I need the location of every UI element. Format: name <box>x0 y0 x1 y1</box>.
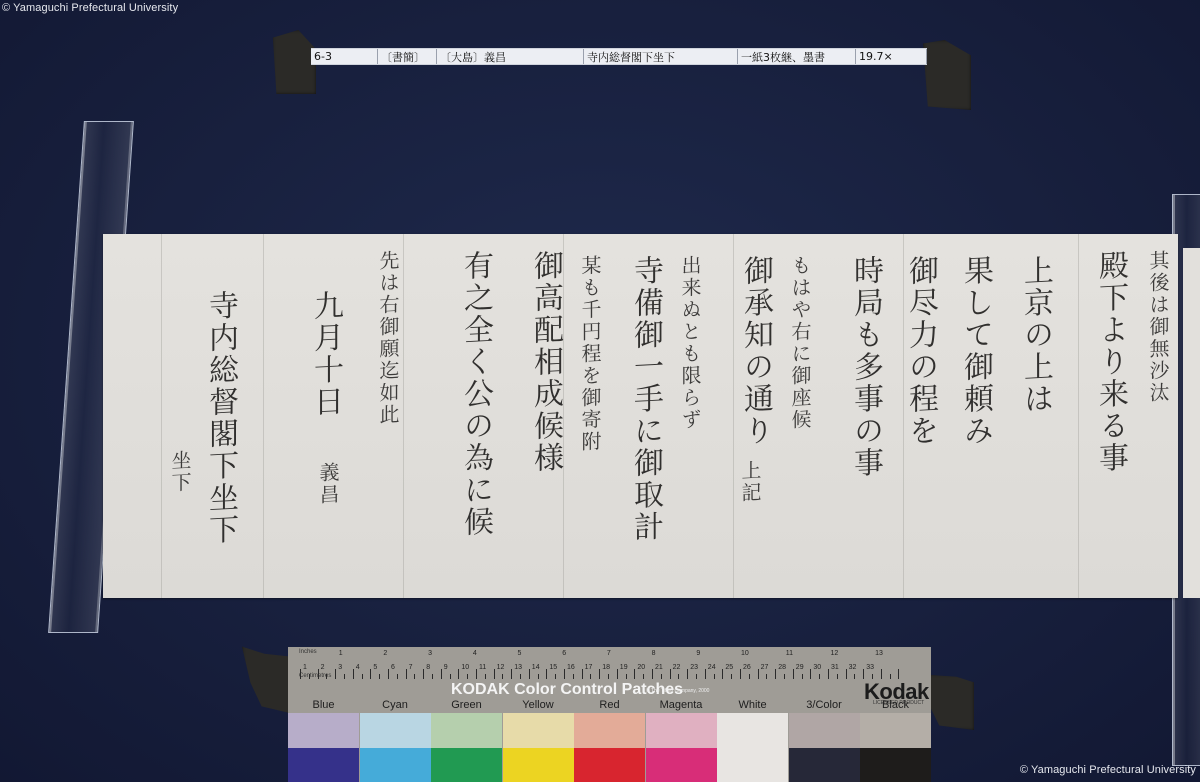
ruler-inch-number: 10 <box>741 650 749 657</box>
ruler-cm-number: 10 <box>461 664 469 671</box>
ruler-cm-number: 30 <box>813 664 821 671</box>
ruler-cm-number: 25 <box>725 664 733 671</box>
ruler-inch-number: 13 <box>875 650 883 657</box>
ruler-cm-number: 16 <box>567 664 575 671</box>
calligraphy-column: 上記 <box>740 459 760 504</box>
ruler-tick <box>511 669 512 679</box>
ruler-tick <box>837 674 838 679</box>
ruler-cm-number: 19 <box>620 664 628 671</box>
calligraphy-column: 坐下 <box>170 449 190 494</box>
ruler-tick <box>441 669 442 679</box>
color-patch-red-bottom <box>574 748 645 782</box>
ruler-tick <box>582 669 583 679</box>
ruler-tick <box>828 669 829 679</box>
ruler-tick <box>309 674 310 679</box>
kodak-color-chart: Inches Centimetres 123456789101112131415… <box>288 647 931 782</box>
calligraphy-column: 御承知の通り <box>740 254 770 448</box>
ruler-tick <box>370 669 371 679</box>
ruler-tick <box>520 674 521 679</box>
ruler-tick <box>335 669 336 679</box>
measuring-ruler: Inches Centimetres 123456789101112131415… <box>288 647 931 679</box>
ruler-tick <box>538 674 539 679</box>
ruler-inch-number: 12 <box>830 650 838 657</box>
catalog-label-cell: 〔書簡〕 <box>378 49 437 64</box>
ruler-tick <box>758 669 759 679</box>
ruler-cm-number: 22 <box>673 664 681 671</box>
ruler-tick <box>318 669 319 679</box>
ruler-inch-number: 2 <box>383 650 387 657</box>
ruler-inch-number: 3 <box>428 650 432 657</box>
paper-fold <box>263 234 264 598</box>
calligraphy-column: 殿下より来る事 <box>1095 249 1125 475</box>
ruler-tick <box>705 669 706 679</box>
ruler-tick <box>643 674 644 679</box>
ruler-inch-number: 11 <box>786 650 793 657</box>
color-patch-magenta-top <box>646 713 717 748</box>
catalog-label-cell: 19.7× <box>856 49 927 64</box>
color-patch-magenta-bottom <box>646 748 717 782</box>
ruler-cm-number: 32 <box>849 664 857 671</box>
paper-fold <box>1078 234 1079 598</box>
ruler-inch-number: 4 <box>473 650 477 657</box>
color-patch-black-top <box>860 713 931 748</box>
ruler-tick <box>766 674 767 679</box>
ruler-cm-number: 18 <box>602 664 610 671</box>
calligraphy-column: 時局も多事の事 <box>850 254 880 480</box>
ruler-tick <box>432 674 433 679</box>
ruler-tick <box>388 669 389 679</box>
paper-fold <box>733 234 734 598</box>
calligraphy-column: 御尽力の程を <box>905 254 935 448</box>
ruler-cm-number: 17 <box>585 664 593 671</box>
ruler-tick <box>564 669 565 679</box>
color-patch-yellow-top <box>503 713 574 748</box>
color-patch-blue-bottom <box>288 748 359 782</box>
calligraphy-column: 御高配相成候様 <box>530 249 560 475</box>
patch-label: Yellow <box>503 699 574 711</box>
ruler-tick <box>555 674 556 679</box>
tape-piece-label-left <box>272 30 316 94</box>
calligraphy-column: 果して御頼み <box>960 254 990 448</box>
ruler-tick <box>476 669 477 679</box>
ruler-tick <box>731 674 732 679</box>
patch-label: 3/Color <box>789 699 860 711</box>
ruler-tick <box>617 669 618 679</box>
ruler-cm-number: 11 <box>479 664 486 671</box>
ruler-tick <box>362 674 363 679</box>
ruler-cm-number: 5 <box>373 664 377 671</box>
ruler-inches-label: Inches <box>299 649 317 655</box>
ruler-tick <box>546 669 547 679</box>
ruler-tick <box>423 669 424 679</box>
ruler-tick <box>573 674 574 679</box>
ruler-cm-number: 15 <box>549 664 557 671</box>
ruler-cm-number: 29 <box>796 664 804 671</box>
color-patch-black-bottom <box>860 748 931 782</box>
ruler-inch-number: 1 <box>339 650 343 657</box>
letter-document: 寺内総督閣下坐下坐下九月十日義昌先は右御願迄如此有之全く公の為に候御高配相成候様… <box>103 234 1178 598</box>
ruler-tick <box>529 669 530 679</box>
ruler-tick <box>414 674 415 679</box>
ruler-tick <box>599 669 600 679</box>
patch-label: Blue <box>288 699 359 711</box>
ruler-cm-number: 27 <box>761 664 769 671</box>
ruler-tick <box>485 674 486 679</box>
ruler-tick <box>819 674 820 679</box>
copyright-credit-top: © Yamaguchi Prefectural University <box>2 2 178 14</box>
ruler-tick <box>722 669 723 679</box>
ruler-tick <box>344 674 345 679</box>
ruler-cm-number: 7 <box>409 664 413 671</box>
ruler-tick <box>854 674 855 679</box>
paper-fold <box>161 234 162 598</box>
calligraphy-column: 先は右御願迄如此 <box>378 249 398 426</box>
color-patch-white-bottom <box>717 748 788 782</box>
calligraphy-column: 義昌 <box>318 461 338 506</box>
calligraphy-column: 有之全く公の為に候 <box>460 249 490 539</box>
patch-label: Cyan <box>360 699 431 711</box>
color-patch-white-top <box>717 713 788 748</box>
ruler-cm-number: 14 <box>532 664 540 671</box>
ruler-cm-number: 33 <box>866 664 874 671</box>
calligraphy-column: 其後は御無沙汰 <box>1148 249 1168 404</box>
ruler-tick <box>634 669 635 679</box>
ruler-inch-number: 6 <box>562 650 566 657</box>
ruler-tick <box>863 669 864 679</box>
ruler-tick <box>714 674 715 679</box>
ruler-tick <box>652 669 653 679</box>
ruler-tick <box>450 674 451 679</box>
ruler-tick <box>300 669 301 679</box>
ruler-cm-number: 28 <box>778 664 786 671</box>
ruler-cm-number: 9 <box>444 664 448 671</box>
ruler-cm-number: 12 <box>497 664 505 671</box>
next-sheet-edge <box>1183 248 1200 598</box>
calligraphy-column: 九月十日 <box>310 289 340 419</box>
ruler-tick <box>661 674 662 679</box>
ruler-cm-number: 4 <box>356 664 360 671</box>
ruler-cm-number: 23 <box>690 664 698 671</box>
patch-label: Green <box>431 699 502 711</box>
patch-label: White <box>717 699 788 711</box>
ruler-tick <box>379 674 380 679</box>
color-patch-cyan-top <box>360 713 431 748</box>
ruler-tick <box>397 674 398 679</box>
patch-label: Red <box>574 699 645 711</box>
ruler-tick <box>458 669 459 679</box>
ruler-tick <box>846 669 847 679</box>
color-patch-green-bottom <box>431 748 502 782</box>
ruler-cm-number: 3 <box>338 664 342 671</box>
ruler-tick <box>740 669 741 679</box>
catalog-label-cell: 一紙3枚継、墨書 <box>738 49 856 64</box>
patch-label: Magenta <box>646 699 717 711</box>
catalog-label-cell: 6-3 <box>311 49 378 64</box>
ruler-inch-number: 9 <box>696 650 700 657</box>
ruler-cm-number: 21 <box>655 664 663 671</box>
ruler-tick <box>810 669 811 679</box>
color-patch-green-top <box>431 713 502 748</box>
catalog-label: 6-3〔書簡〕〔大島〕義昌寺内総督閣下坐下一紙3枚継、墨書19.7× <box>311 48 927 65</box>
ruler-tick <box>749 674 750 679</box>
copyright-credit-bottom: © Yamaguchi Prefectural University <box>1020 764 1196 776</box>
color-patch-3-color-top <box>789 713 860 748</box>
ruler-tick <box>467 674 468 679</box>
calligraphy-column: 寺内総督閣下坐下 <box>205 289 235 547</box>
catalog-label-cell: 寺内総督閣下坐下 <box>584 49 738 64</box>
ruler-tick <box>494 669 495 679</box>
ruler-tick <box>406 669 407 679</box>
paper-fold <box>403 234 404 598</box>
ruler-tick <box>670 669 671 679</box>
tape-piece-label-right <box>923 40 971 110</box>
ruler-tick <box>775 669 776 679</box>
ruler-tick <box>793 669 794 679</box>
chart-copyright: © The Tiffen Company, 2000 <box>646 688 709 694</box>
ruler-inch-number: 5 <box>518 650 522 657</box>
ruler-cm-number: 8 <box>426 664 430 671</box>
ruler-cm-number: 24 <box>708 664 716 671</box>
ruler-inch-number: 8 <box>652 650 656 657</box>
ruler-inch-number: 7 <box>607 650 611 657</box>
ruler-tick <box>696 674 697 679</box>
ruler-tick <box>802 674 803 679</box>
ruler-tick <box>898 669 899 679</box>
color-patch-blue-top <box>288 713 359 748</box>
calligraphy-column: 出来ぬとも限らず <box>680 254 700 431</box>
calligraphy-column: 寺備御一手に御取計 <box>630 254 660 544</box>
ruler-cm-number: 20 <box>637 664 645 671</box>
color-patch-cyan-bottom <box>360 748 431 782</box>
ruler-tick <box>881 669 882 679</box>
ruler-cm-number: 13 <box>514 664 522 671</box>
ruler-cm-number: 2 <box>321 664 325 671</box>
ruler-tick <box>502 674 503 679</box>
paper-fold <box>563 234 564 598</box>
ruler-tick <box>590 674 591 679</box>
ruler-tick <box>784 674 785 679</box>
color-patch-3-color-bottom <box>789 748 860 782</box>
color-patch-yellow-bottom <box>503 748 574 782</box>
ruler-tick <box>687 669 688 679</box>
calligraphy-column: 某も千円程を御寄附 <box>580 254 600 453</box>
color-patch-red-top <box>574 713 645 748</box>
catalog-label-cell: 〔大島〕義昌 <box>437 49 584 64</box>
ruler-tick <box>353 669 354 679</box>
calligraphy-column: もはや右に御座候 <box>790 254 810 431</box>
ruler-tick <box>626 674 627 679</box>
ruler-cm-number: 31 <box>831 664 839 671</box>
ruler-cm-number: 26 <box>743 664 751 671</box>
ruler-tick <box>678 674 679 679</box>
ruler-tick <box>326 674 327 679</box>
ruler-cm-number: 1 <box>303 664 307 671</box>
ruler-tick <box>608 674 609 679</box>
ruler-cm-number: 6 <box>391 664 395 671</box>
patch-label: Black <box>860 699 931 711</box>
calligraphy-column: 上京の上は <box>1020 254 1050 416</box>
